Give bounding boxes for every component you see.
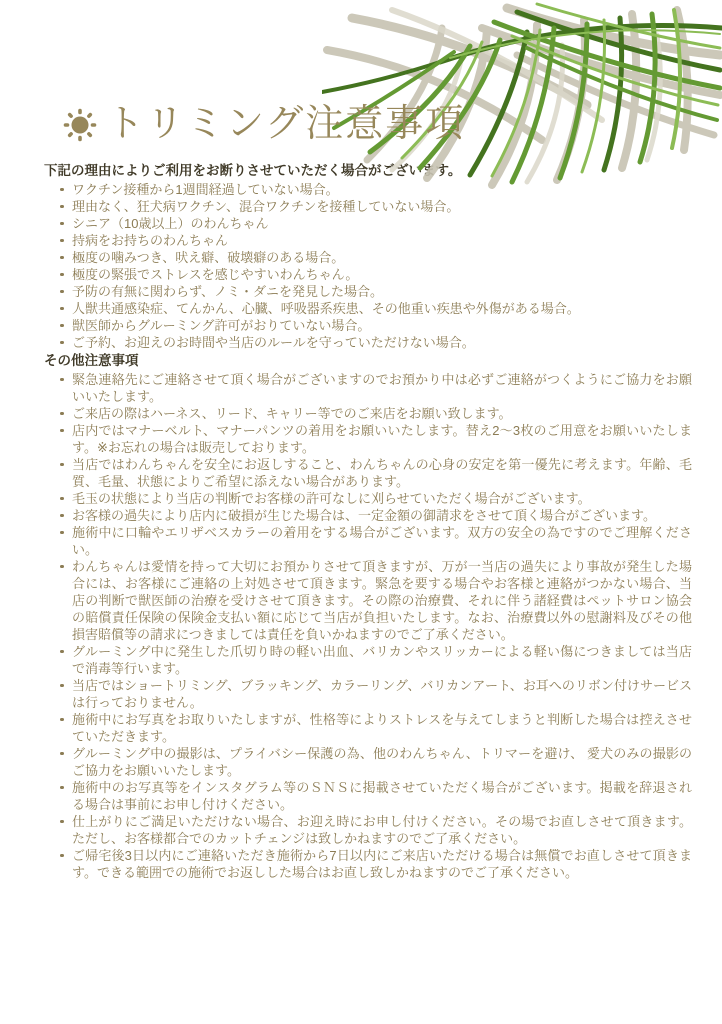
refusal-list: ワクチン接種から1週間経過していない場合。 理由なく、狂犬病ワクチン、混合ワクチ…: [0, 181, 722, 351]
other-notes-list-item: グルーミング中に発生した爪切り時の軽い出血、バリカンやスリッカーによる軽い傷につ…: [58, 643, 692, 677]
refusal-list-item: 極度の噛みつき、吠え癖、破壊癖のある場合。: [58, 249, 692, 266]
refusal-list-item: 獣医師からグルーミング許可がおりていない場合。: [58, 317, 692, 334]
list-item-text: 施術中に口輪やエリザベスカラーの着用をする場合がございます。双方の安全の為ですの…: [72, 525, 692, 557]
list-item-text: ワクチン接種から1週間経過していない場合。: [72, 182, 339, 197]
list-item-text: ご帰宅後3日以内にご連絡いただき施術から7日以内にご来店いただける場合は無償でお…: [72, 848, 692, 880]
other-notes-list-item: 店内ではマナーベルト、マナーパンツの着用をお願いいたします。替え2～3枚のご用意…: [58, 422, 692, 456]
notice-page: トリミング注意事項 下記の理由によりご利用をお断りさせていただく場合がございます…: [0, 0, 722, 1024]
refusal-list-item: 極度の緊張でストレスを感じやすいわんちゃん。: [58, 266, 692, 283]
page-title-row: トリミング注意事項: [62, 102, 722, 148]
other-notes-list-item: わんちゃんは愛情を持って大切にお預かりさせて頂きますが、万が一当店の過失により事…: [58, 558, 692, 643]
other-notes-list: 緊急連絡先にご連絡させて頂く場合がございますのでお預かり中は必ずご連絡がつくよう…: [0, 371, 722, 881]
refusal-list-item: 理由なく、狂犬病ワクチン、混合ワクチンを接種していない場合。: [58, 198, 692, 215]
other-notes-list-item: 当店ではわんちゃんを安全にお返しすること、わんちゃんの心身の安定を第一優先に考え…: [58, 456, 692, 490]
list-item-text: 毛玉の状態により当店の判断でお客様の許可なしに刈らせていただく場合がございます。: [72, 491, 591, 506]
other-notes-list-item: 緊急連絡先にご連絡させて頂く場合がございますのでお預かり中は必ずご連絡がつくよう…: [58, 371, 692, 405]
list-item-text: シニア（10歳以上）のわんちゃん: [72, 216, 268, 231]
list-item-text: 獣医師からグルーミング許可がおりていない場合。: [72, 318, 370, 333]
list-item-text: ご来店の際はハーネス、リード、キャリー等でのご来店をお願い致します。: [72, 406, 512, 421]
list-item-text: 店内ではマナーベルト、マナーパンツの着用をお願いいたします。替え2～3枚のご用意…: [72, 423, 692, 455]
other-notes-list-item: 施術中のお写真等をインスタグラム等のＳＮＳに掲載させていただく場合がございます。…: [58, 779, 692, 813]
other-notes-list-item: 毛玉の状態により当店の判断でお客様の許可なしに刈らせていただく場合がございます。: [58, 490, 692, 507]
list-item-text: グルーミング中に発生した爪切り時の軽い出血、バリカンやスリッカーによる軽い傷につ…: [72, 644, 692, 676]
list-item-text: グルーミング中の撮影は、プライバシー保護の為、他のわんちゃん、トリマーを避け、 …: [72, 746, 692, 778]
list-item-text: 人獣共通感染症、てんかん、心臓、呼吸器系疾患、その他重い疾患や外傷がある場合。: [72, 301, 580, 316]
other-section-heading: その他注意事項: [44, 352, 694, 369]
list-item-text: お客様の過失により店内に破損が生じた場合は、一定金額の御請求をさせて頂く場合がご…: [72, 508, 656, 523]
other-notes-list-item: 施術中に口輪やエリザベスカラーの着用をする場合がございます。双方の安全の為ですの…: [58, 524, 692, 558]
refusal-list-item: シニア（10歳以上）のわんちゃん: [58, 215, 692, 232]
list-item-text: 緊急連絡先にご連絡させて頂く場合がございますのでお預かり中は必ずご連絡がつくよう…: [72, 372, 692, 404]
list-item-text: 持病をお持ちのわんちゃん: [72, 233, 228, 248]
refusal-list-item: 予防の有無に関わらず、ノミ・ダニを発見した場合。: [58, 283, 692, 300]
other-notes-list-item: 仕上がりにご満足いただけない場合、お迎え時にお申し付けください。その場でお直しさ…: [58, 813, 692, 847]
other-notes-list-item: ご帰宅後3日以内にご連絡いただき施術から7日以内にご来店いただける場合は無償でお…: [58, 847, 692, 881]
list-item-text: 仕上がりにご満足いただけない場合、お迎え時にお申し付けください。その場でお直しさ…: [72, 814, 692, 846]
refusal-list-item: 持病をお持ちのわんちゃん: [58, 232, 692, 249]
sun-icon: [62, 107, 98, 143]
list-item-text: 極度の緊張でストレスを感じやすいわんちゃん。: [72, 267, 358, 282]
list-item-text: 施術中のお写真等をインスタグラム等のＳＮＳに掲載させていただく場合がございます。…: [72, 780, 692, 812]
list-item-text: 当店ではわんちゃんを安全にお返しすること、わんちゃんの心身の安定を第一優先に考え…: [72, 457, 692, 489]
refusal-list-item: ご予約、お迎えのお時間や当店のルールを守っていただけない場合。: [58, 334, 692, 351]
list-item-text: ご予約、お迎えのお時間や当店のルールを守っていただけない場合。: [72, 335, 475, 350]
list-item-text: 予防の有無に関わらず、ノミ・ダニを発見した場合。: [72, 284, 383, 299]
refusal-list-item: ワクチン接種から1週間経過していない場合。: [58, 181, 692, 198]
other-notes-list-item: ご来店の際はハーネス、リード、キャリー等でのご来店をお願い致します。: [58, 405, 692, 422]
list-item-text: 施術中にお写真をお取りいたしますが、性格等によりストレスを与えてしまうと判断した…: [72, 712, 692, 744]
list-item-text: わんちゃんは愛情を持って大切にお預かりさせて頂きますが、万が一当店の過失により事…: [72, 559, 692, 642]
other-notes-list-item: お客様の過失により店内に破損が生じた場合は、一定金額の御請求をさせて頂く場合がご…: [58, 507, 692, 524]
list-item-text: 当店ではショートリミング、ブラッキング、カラーリング、バリカンアート、お耳へのリ…: [72, 678, 692, 710]
list-item-text: 極度の噛みつき、吠え癖、破壊癖のある場合。: [72, 250, 344, 265]
refusal-section-heading: 下記の理由によりご利用をお断りさせていただく場合がございます。: [44, 162, 694, 179]
other-notes-list-item: グルーミング中の撮影は、プライバシー保護の為、他のわんちゃん、トリマーを避け、 …: [58, 745, 692, 779]
page-title: トリミング注意事項: [106, 102, 465, 148]
list-item-text: 理由なく、狂犬病ワクチン、混合ワクチンを接種していない場合。: [72, 199, 459, 214]
refusal-list-item: 人獣共通感染症、てんかん、心臓、呼吸器系疾患、その他重い疾患や外傷がある場合。: [58, 300, 692, 317]
other-notes-list-item: 当店ではショートリミング、ブラッキング、カラーリング、バリカンアート、お耳へのリ…: [58, 677, 692, 711]
other-notes-list-item: 施術中にお写真をお取りいたしますが、性格等によりストレスを与えてしまうと判断した…: [58, 711, 692, 745]
